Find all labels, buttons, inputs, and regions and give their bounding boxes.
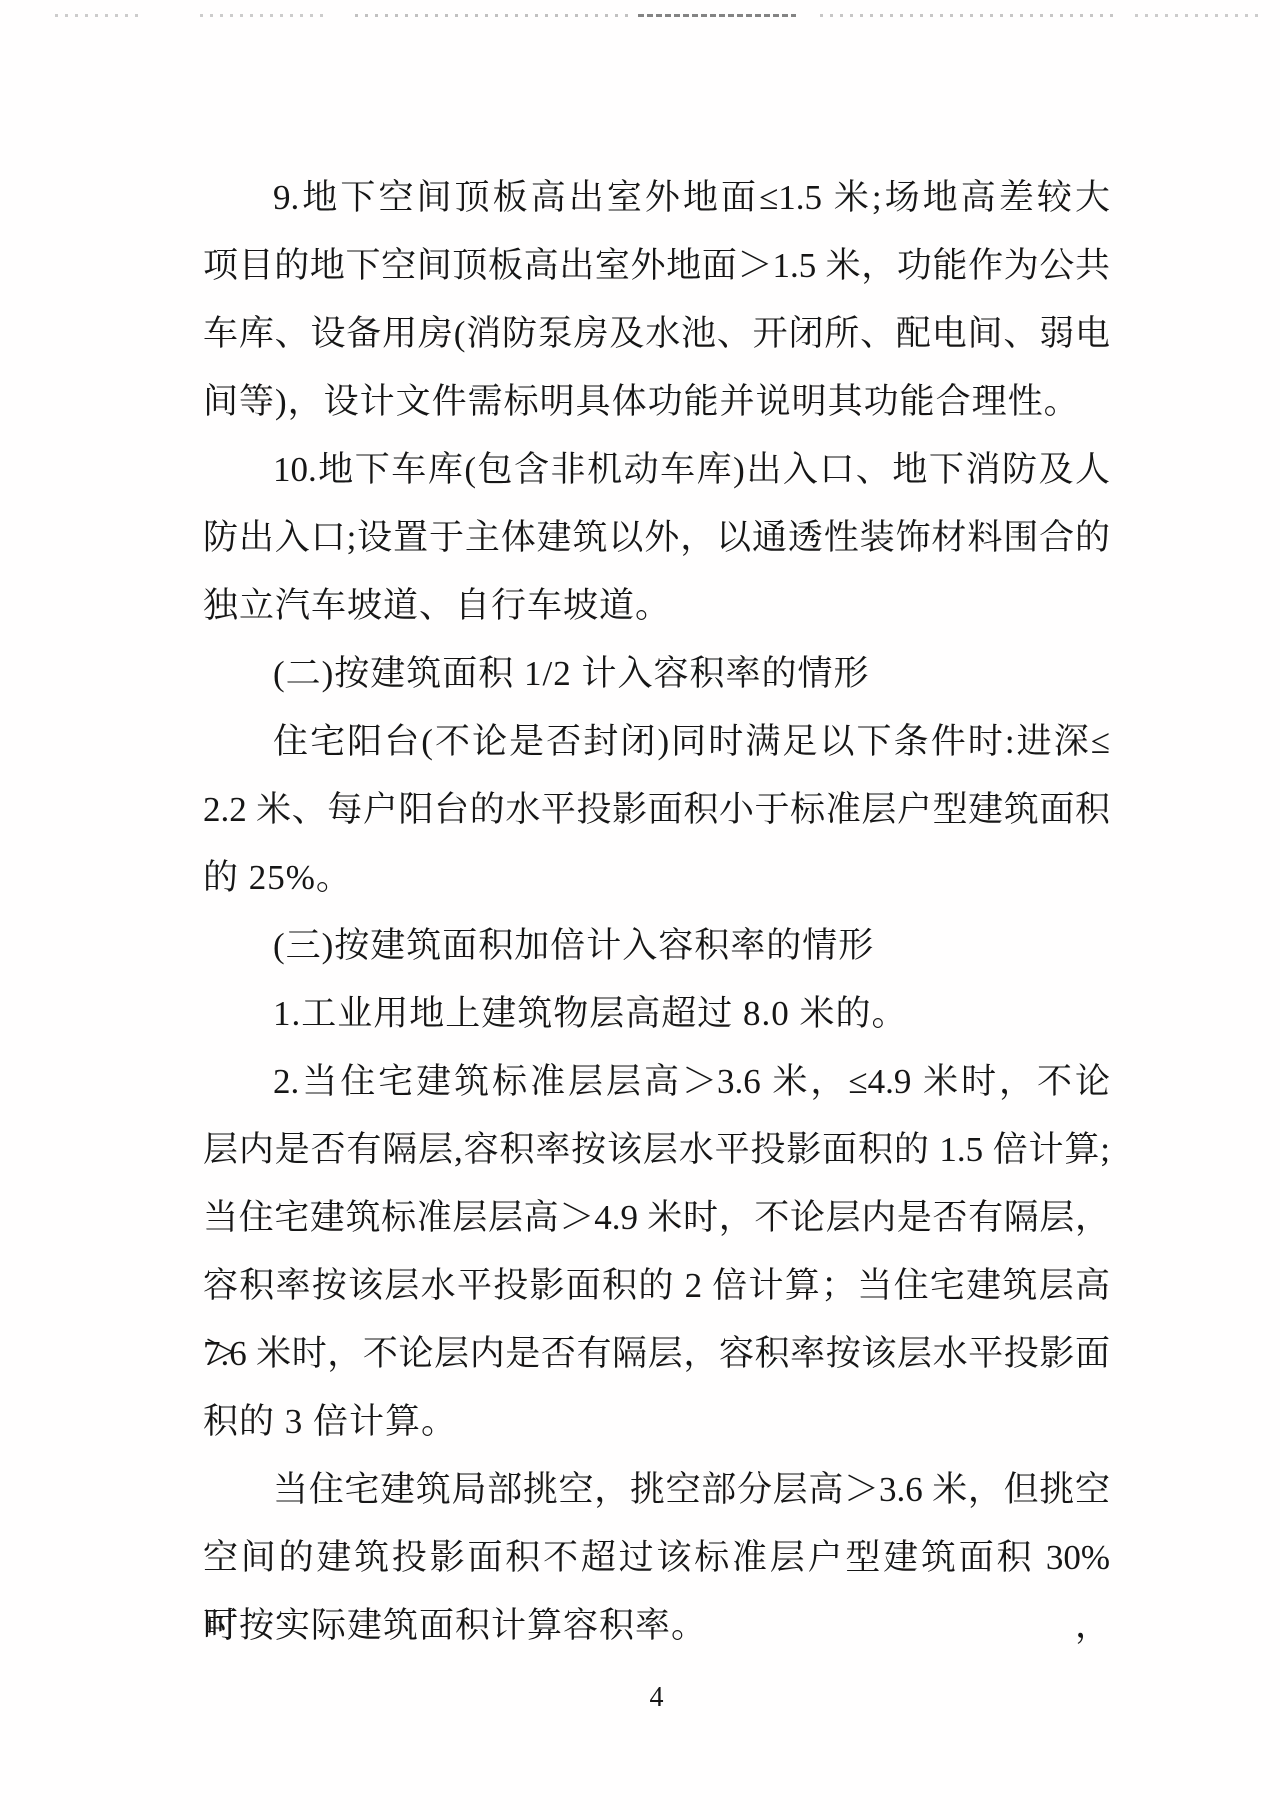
text-line: 车库、设备用房(消防泵房及水池、开闭所、配电间、弱电: [203, 300, 1110, 368]
scan-artifact-segment: [1135, 14, 1260, 17]
scan-artifact-line: [0, 14, 1280, 20]
text-line: 项目的地下空间顶板高出室外地面＞1.5 米，功能作为公共: [203, 232, 1110, 300]
document-page: 9.地下空间顶板高出室外地面≤1.5 米;场地高差较大项目的地下空间顶板高出室外…: [0, 0, 1280, 1810]
text-line: 的 25%。: [203, 844, 1110, 912]
scan-artifact-segment: [820, 14, 1120, 17]
scan-artifact-segment: [355, 14, 635, 17]
text-line: 1.工业用地上建筑物层高超过 8.0 米的。: [203, 980, 1110, 1048]
text-line: 当住宅建筑标准层层高＞4.9 米时，不论层内是否有隔层，: [203, 1184, 1110, 1252]
text-line: 层内是否有隔层,容积率按该层水平投影面积的 1.5 倍计算;: [203, 1116, 1110, 1184]
text-line: (二)按建筑面积 1/2 计入容积率的情形: [203, 640, 1110, 708]
text-line: 7.6 米时，不论层内是否有隔层，容积率按该层水平投影面: [203, 1320, 1110, 1388]
text-line: 住宅阳台(不论是否封闭)同时满足以下条件时:进深≤: [203, 708, 1110, 776]
scan-artifact-segment: [55, 14, 145, 17]
text-line: 防出入口;设置于主体建筑以外，以通透性装饰材料围合的: [203, 504, 1110, 572]
text-line: 空间的建筑投影面积不超过该标准层户型建筑面积 30%时，: [203, 1524, 1110, 1592]
page-number: 4: [203, 1682, 1110, 1714]
text-line: 2.当住宅建筑标准层层高＞3.6 米，≤4.9 米时，不论: [203, 1048, 1110, 1116]
text-line: 10.地下车库(包含非机动车库)出入口、地下消防及人: [203, 436, 1110, 504]
text-line: 当住宅建筑局部挑空，挑空部分层高＞3.6 米，但挑空: [203, 1456, 1110, 1524]
text-line: 独立汽车坡道、自行车坡道。: [203, 572, 1110, 640]
text-line: 9.地下空间顶板高出室外地面≤1.5 米;场地高差较大: [203, 164, 1110, 232]
text-line: 间等)，设计文件需标明具体功能并说明其功能合理性。: [203, 368, 1110, 436]
text-line: 2.2 米、每户阳台的水平投影面积小于标准层户型建筑面积: [203, 776, 1110, 844]
text-line: 容积率按该层水平投影面积的 2 倍计算；当住宅建筑层高＞: [203, 1252, 1110, 1320]
document-body: 9.地下空间顶板高出室外地面≤1.5 米;场地高差较大项目的地下空间顶板高出室外…: [203, 164, 1110, 1660]
scan-artifact-segment: [638, 14, 796, 17]
scan-artifact-segment: [200, 14, 330, 17]
text-line: (三)按建筑面积加倍计入容积率的情形: [203, 912, 1110, 980]
text-line: 积的 3 倍计算。: [203, 1388, 1110, 1456]
